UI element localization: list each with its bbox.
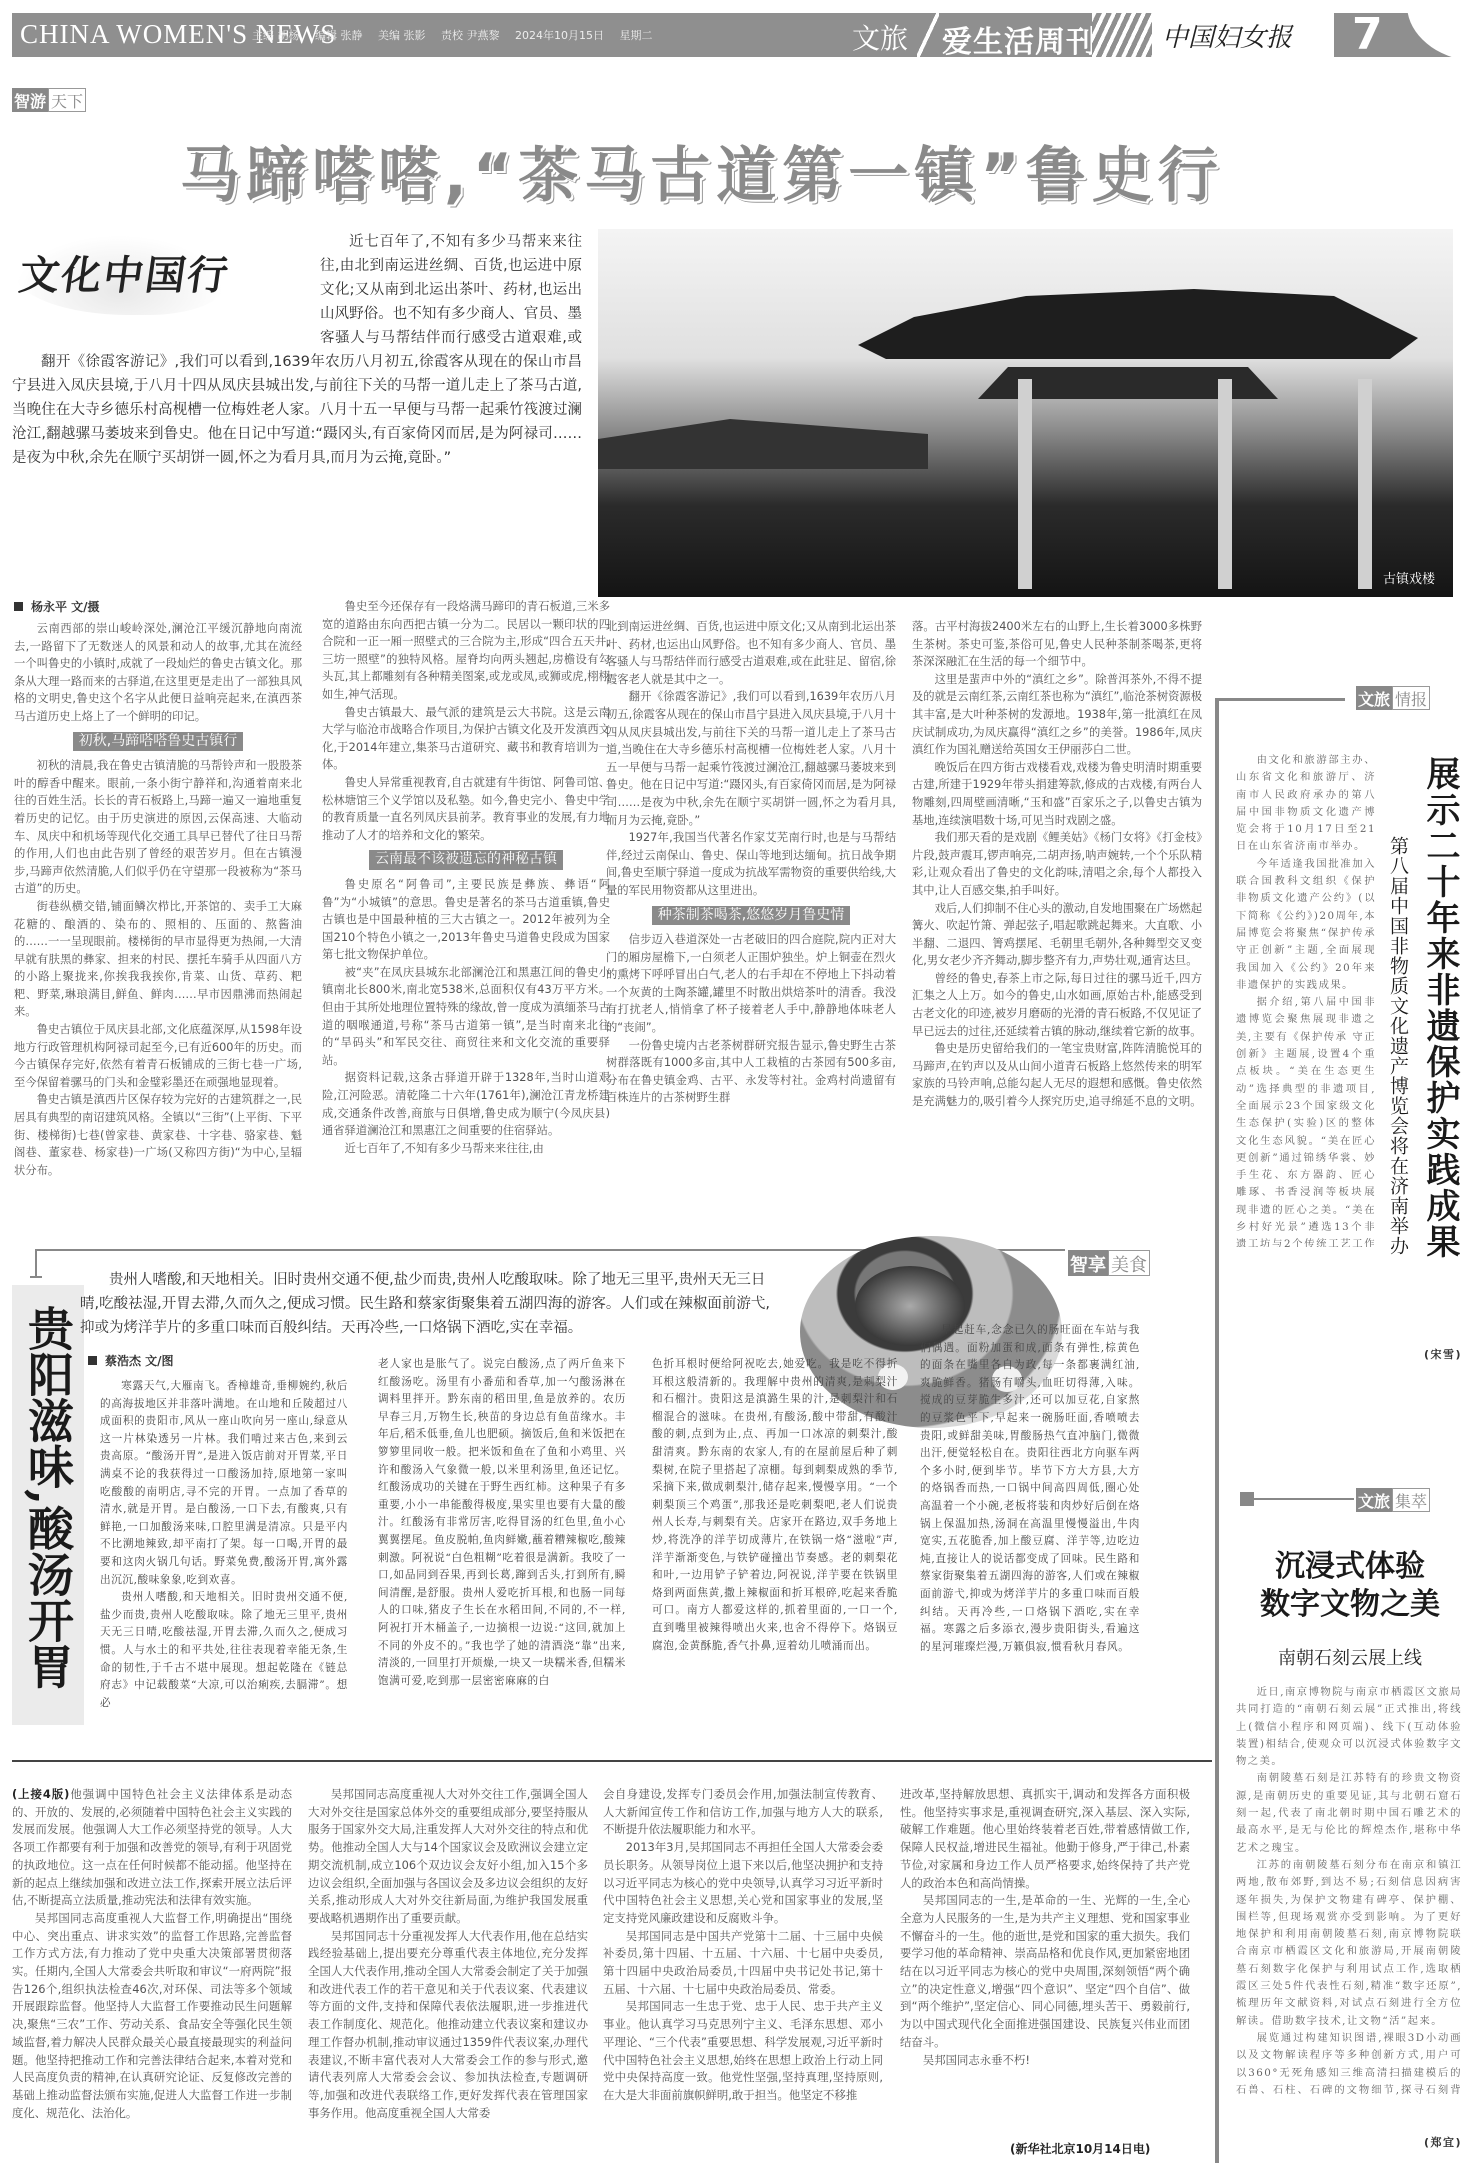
issue-date: 2024年10月15日	[515, 29, 604, 42]
obit-column-1: (上接4版)他强调中国特色社会主义法律体系是动态的、开放的、发展的,必须随着中国…	[12, 1786, 292, 2163]
section-name: 文旅	[852, 17, 908, 57]
main-headline: 马蹄嗒嗒,“茶马古道第一镇”鲁史行	[180, 128, 1330, 214]
food-frame-left	[35, 1249, 37, 1277]
subheading: 初秋,马蹄嗒嗒鲁史古镇行	[73, 732, 243, 752]
collection-source: (郑宜)	[1236, 2134, 1462, 2151]
collection-body: 近日,南京博物院与南京市栖霞区文旅局共同打造的“南朝石刻云展”正式推出,将线上(…	[1236, 1684, 1462, 2096]
slash-divider-icon	[917, 13, 939, 57]
masthead: CHINA WOMEN'S NEWS 主编 胡杨 编辑 张静 美编 张影 责校 …	[12, 13, 1472, 57]
news-body-narrow: 由文化和旅游部主办、山东省文化和旅游厅、济南市人民政府承办的第八届中国非物质文化…	[1236, 752, 1376, 1247]
food-column-3: 色折耳根时便给阿祝吃去,她爱吃。我是吃不得折耳根这般清新的。我理解中贵州的清爽,…	[652, 1356, 898, 1730]
editor-credits: 主编 胡杨 编辑 张静 美编 张影 责校 尹燕黎 2024年10月15日 星期二	[252, 27, 665, 43]
news-headline: 展示二十年来非遗保护实践成果	[1416, 756, 1465, 1260]
supplement-name: 爱生活周刊	[942, 17, 1097, 61]
section-tag-food: 智享 美食	[1068, 1250, 1150, 1276]
photo-caption: 古镇戏楼	[1383, 568, 1435, 587]
article-photo-opera-stage: 古镇戏楼	[598, 229, 1453, 597]
stripe-decoration-icon	[1092, 13, 1152, 57]
food-column-2: 老人家也是胀气了。说完白酸汤,点了两斤鱼来下红酸汤吃。汤里有小番茄和香草,加一勺…	[378, 1356, 626, 1730]
photo-pillar	[1358, 379, 1372, 589]
page-number: 7	[1352, 9, 1383, 60]
food-vertical-title: 贵阳滋味,酸汤开胃	[16, 1305, 80, 1689]
editor-chief: 主编 胡杨	[252, 29, 300, 42]
subheading: 种茶制茶喝茶,悠悠岁月鲁史情	[652, 906, 850, 926]
photo-pillar	[1218, 379, 1232, 589]
section-tag-collection: 文旅 集萃	[1356, 1488, 1430, 1512]
food-column-1: 寒露天气,大雁南飞。香樟雄奇,垂柳婉约,秋后的高海拔地区并非落叶满地。在山地和丘…	[100, 1378, 348, 1730]
obit-column-3: 会自身建设,发挥专门委员会作用,加强法制宣传教育、人大新闻宣传工作和信访工作,加…	[603, 1786, 883, 2163]
obit-column-2: 吴邦国同志高度重视人大对外交往工作,强调全国人大对外交往是国家总体外交的重要组成…	[308, 1786, 588, 2163]
collection-subheadline: 南朝石刻云展上线	[1230, 1644, 1470, 1670]
tag-dark: 智游	[12, 88, 48, 112]
news-source: (宋雪)	[1236, 1346, 1462, 1363]
divider-line	[1254, 1498, 1354, 1500]
obit-dateline: (新华社北京10月14日电)	[1010, 2140, 1150, 2157]
photo-pillar	[1018, 379, 1032, 589]
lead-paragraph-top: 近七百年了,不知有多少马帮来来往往,由北到南运进丝绸、百货,也运进中原文化;又从…	[320, 230, 582, 348]
collection-headline: 沉浸式体验 数字文物之美	[1230, 1548, 1470, 1624]
square-bullet-icon	[88, 1356, 97, 1365]
travel-column-3: 北到南运进丝绸、百货,也运进中原文化;又从南到北运出茶叶、药材,也运出山风野俗。…	[606, 618, 896, 1240]
lead-paragraph: 翻开《徐霞客游记》,我们可以看到,1639年农历八月初五,徐霞客从现在的保山市昌…	[12, 350, 582, 470]
continued-from-label: (上接4版)	[12, 1787, 69, 1801]
art-editor: 美编 张影	[378, 29, 426, 42]
section-divider	[12, 1760, 1212, 1762]
photo-roof-shape	[598, 419, 928, 469]
column-logo: 文化中国行	[16, 244, 234, 301]
square-bullet-icon	[14, 602, 23, 611]
square-marker-icon	[1240, 1492, 1254, 1506]
subheading: 云南最不该被遗忘的神秘古镇	[369, 850, 563, 870]
food-byline: 蔡浩杰 文/图	[88, 1352, 174, 1369]
food-column-4: 早起赶车,念念已久的肠旺面在车站与我们偶遇。面粉加蛋和成,面条有弹性,棕黄色的面…	[920, 1322, 1140, 1730]
byline: 杨永平 文/摄	[14, 598, 100, 615]
proofreader: 责校 尹燕黎	[441, 29, 500, 42]
travel-column-4: 落。古平村海拔2400米左右的山野上,生长着3000多株野生茶树。茶史可鉴,茶俗…	[912, 618, 1202, 1240]
tag-light: 天下	[48, 88, 86, 112]
obit-column-4: 进改革,坚持解放思想、真抓实干,调动和发挥各方面积极性。他坚持实事求是,重视调查…	[900, 1786, 1190, 2142]
section-tag-news: 文旅 情报	[1356, 686, 1430, 710]
food-lead: 贵州人嗜酸,和天地相关。旧时贵州交通不便,盐少而贵,贵州人吃酸取味。除了地无三里…	[80, 1268, 780, 1340]
newspaper-logo: 中国妇女报	[1162, 17, 1292, 54]
section-tag-travel: 智游 天下	[12, 88, 86, 112]
photo-roof-shape	[858, 289, 1418, 359]
news-subheadline: 第八届中国非物质文化遗产博览会将在济南举办	[1385, 836, 1412, 1256]
food-frame-tick	[30, 1276, 42, 1278]
travel-column-1: 云南西部的崇山峻岭深处,澜沧江平缓沉静地向南流去,一路留下了无数迷人的风景和动人…	[14, 620, 302, 1240]
editor: 编辑 张静	[315, 29, 363, 42]
sidebar-border-top	[1215, 698, 1345, 701]
sidebar-border	[1215, 698, 1219, 2163]
issue-weekday: 星期二	[620, 29, 653, 42]
travel-column-2: 鲁史至今还保存有一段烙满马蹄印的青石板道,三米多宽的道路由东向西把古镇一分为二。…	[322, 598, 610, 1240]
